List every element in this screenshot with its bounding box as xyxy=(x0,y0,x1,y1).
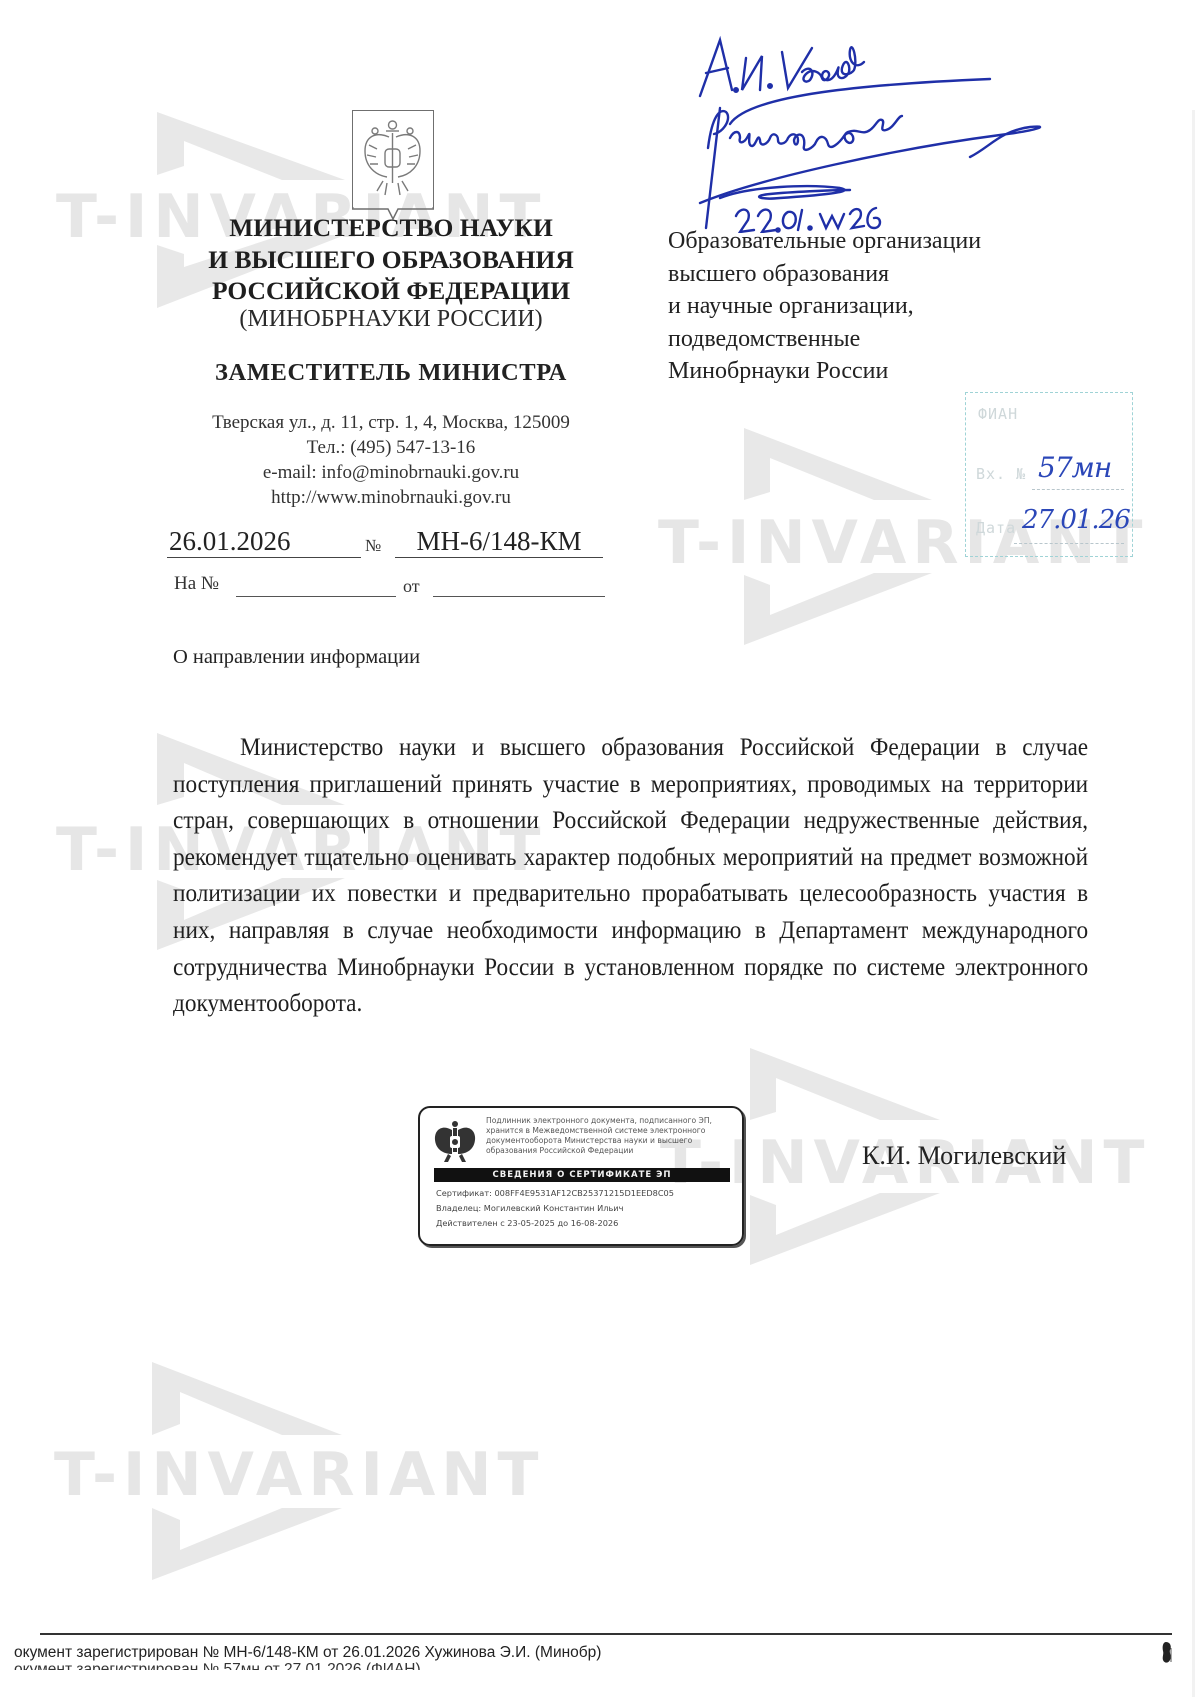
document-date: 26.01.2026 xyxy=(167,525,361,558)
phone: Тел.: (495) 547-13-16 xyxy=(160,435,622,460)
email: e-mail: info@minobrnauki.gov.ru xyxy=(160,460,622,485)
coat-of-arms-icon xyxy=(432,1118,478,1164)
addressee-block: Образовательные организации высшего обра… xyxy=(668,225,1088,388)
ministry-title: МИНИСТЕРСТВО НАУКИ И ВЫСШЕГО ОБРАЗОВАНИЯ… xyxy=(160,212,622,307)
coat-of-arms-icon xyxy=(352,110,434,208)
contact-block: Тверская ул., д. 11, стр. 1, 4, Москва, … xyxy=(160,410,622,510)
ministry-abbreviation: (МИНОБРНАУКИ РОССИИ) xyxy=(160,306,622,333)
addressee-line: Образовательные организации xyxy=(668,225,1088,258)
stamp-date-label: Дата xyxy=(976,519,1016,537)
stamp-rule xyxy=(1032,489,1124,490)
addressee-line: и научные организации, xyxy=(668,290,1088,323)
addressee-line: Минобрнауки России xyxy=(668,355,1088,388)
stamp-rule xyxy=(1014,543,1124,544)
esig-note: Подлинник электронного документа, подпис… xyxy=(486,1116,738,1156)
reply-from-blank xyxy=(433,596,605,597)
stamp-org: ФИАН xyxy=(978,405,1018,423)
ministry-title-line: МИНИСТЕРСТВО НАУКИ xyxy=(160,212,622,244)
number-sign: № xyxy=(365,536,381,556)
stamp-in-number: 57мн xyxy=(1038,451,1111,484)
reply-from-label: от xyxy=(403,576,420,597)
watermark-text: T-INVARIANT xyxy=(54,1440,544,1510)
esig-certificate: Сертификат: 008FF4E9531AF12CB25371215D1E… xyxy=(436,1188,674,1198)
ministry-title-line: РОССИЙСКОЙ ФЕДЕРАЦИИ xyxy=(160,275,622,307)
electronic-signature-stamp: Подлинник электронного документа, подпис… xyxy=(418,1106,744,1246)
website: http://www.minobrnauki.gov.ru xyxy=(160,485,622,510)
reply-to-label: На № xyxy=(174,573,219,595)
position-title: ЗАМЕСТИТЕЛЬ МИНИСТРА xyxy=(160,359,622,387)
letter-body: Министерство науки и высшего образования… xyxy=(173,730,1088,1023)
handwritten-resolution xyxy=(680,28,1080,233)
watermark-logo: T-INVARIANT xyxy=(50,1360,570,1600)
body-paragraph: Министерство науки и высшего образования… xyxy=(173,730,1088,1023)
stamp-date-value: 27.01.26 xyxy=(1022,505,1130,535)
esig-owner: Владелец: Могилевский Константин Ильич xyxy=(436,1203,623,1213)
addressee-line: подведомственные xyxy=(668,323,1088,356)
signer-name: К.И. Могилевский xyxy=(862,1141,1066,1171)
esig-validity: Действителен с 23-05-2025 до 16-08-2026 xyxy=(436,1218,618,1228)
document-number: МН-6/148-КМ xyxy=(395,525,603,558)
incoming-registration-stamp: ФИАН Вх. № 57мн Дата 27.01.26 xyxy=(965,392,1133,557)
scan-mark-icon xyxy=(1160,1640,1174,1666)
addressee-line: высшего образования xyxy=(668,258,1088,291)
ministry-title-line: И ВЫСШЕГО ОБРАЗОВАНИЯ xyxy=(160,244,622,276)
footer-divider xyxy=(40,1633,1172,1635)
subject-line: О направлении информации xyxy=(173,646,420,669)
address: Тверская ул., д. 11, стр. 1, 4, Москва, … xyxy=(160,410,622,435)
esig-header: СВЕДЕНИЯ О СЕРТИФИКАТЕ ЭП xyxy=(434,1168,730,1182)
reply-to-blank xyxy=(236,596,396,597)
stamp-in-label: Вх. № xyxy=(976,465,1026,483)
registration-line: окумент зарегистрирован № МН-6/148-КМ от… xyxy=(14,1644,601,1662)
page-edge xyxy=(1192,110,1195,1697)
registration-line: окумент зарегистрирован № 57мн от 27.01.… xyxy=(14,1662,421,1670)
